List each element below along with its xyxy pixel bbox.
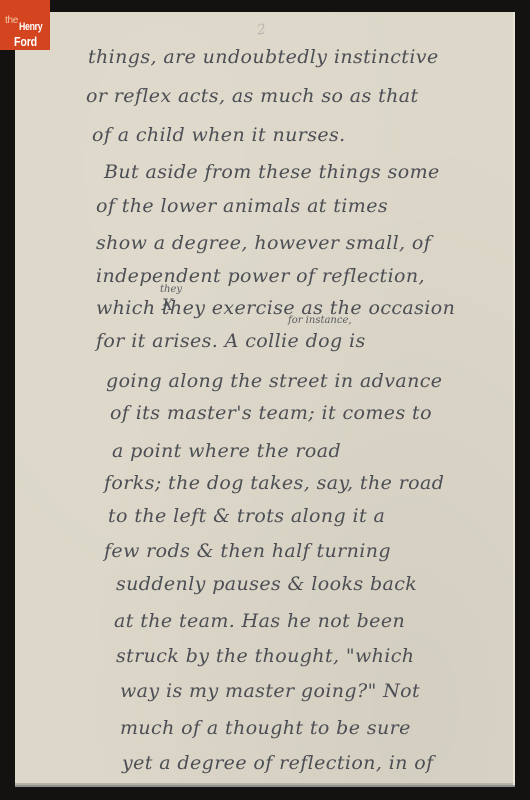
text-line: to the left & trots along it a: [108, 505, 385, 527]
text-line: of a child when it nurses.: [92, 124, 346, 146]
text-line: suddenly pauses & looks back: [116, 573, 417, 595]
text-line: forks; the dog takes, say, the road: [104, 472, 444, 494]
text-line: things, are undoubtedly instinctive: [88, 46, 439, 68]
left-margin-strip: [0, 50, 15, 800]
text-line: of the lower animals at times: [96, 195, 388, 217]
text-line: for it arises. A collie dog is: [96, 330, 366, 352]
text-line: struck by the thought, "which: [116, 645, 414, 667]
document-viewer: the Henry Ford 2 things, are undoubtedly…: [0, 0, 530, 800]
text-line: few rods & then half turning: [104, 540, 391, 562]
henry-ford-logo[interactable]: the Henry Ford: [0, 0, 50, 50]
text-line: at the team. Has he not been: [114, 610, 405, 632]
text-line: of its master's team; it comes to: [110, 402, 432, 424]
text-line: show a degree, however small, of: [96, 232, 431, 254]
text-line: independent power of reflection,: [96, 265, 425, 287]
text-line: a point where the road: [112, 440, 341, 462]
text-line: which they exercise as the occasion: [96, 297, 455, 319]
text-line: going along the street in advance: [106, 370, 442, 392]
handwritten-text: things, are undoubtedly instinctive or r…: [0, 0, 530, 800]
text-line: But aside from these things some: [104, 161, 440, 183]
logo-text-the: the: [5, 16, 18, 26]
text-line: much of a thought to be sure: [120, 717, 411, 739]
insertion-for-instance: for instance,: [288, 315, 352, 326]
text-line: yet a degree of reflection, in of: [122, 752, 434, 774]
logo-text-henry: Henry: [19, 22, 42, 33]
text-line: way is my master going?" Not: [120, 680, 420, 702]
insertion-they: they: [160, 284, 182, 295]
logo-text-ford: Ford: [14, 35, 37, 48]
text-line: or reflex acts, as much so as that: [86, 85, 419, 107]
